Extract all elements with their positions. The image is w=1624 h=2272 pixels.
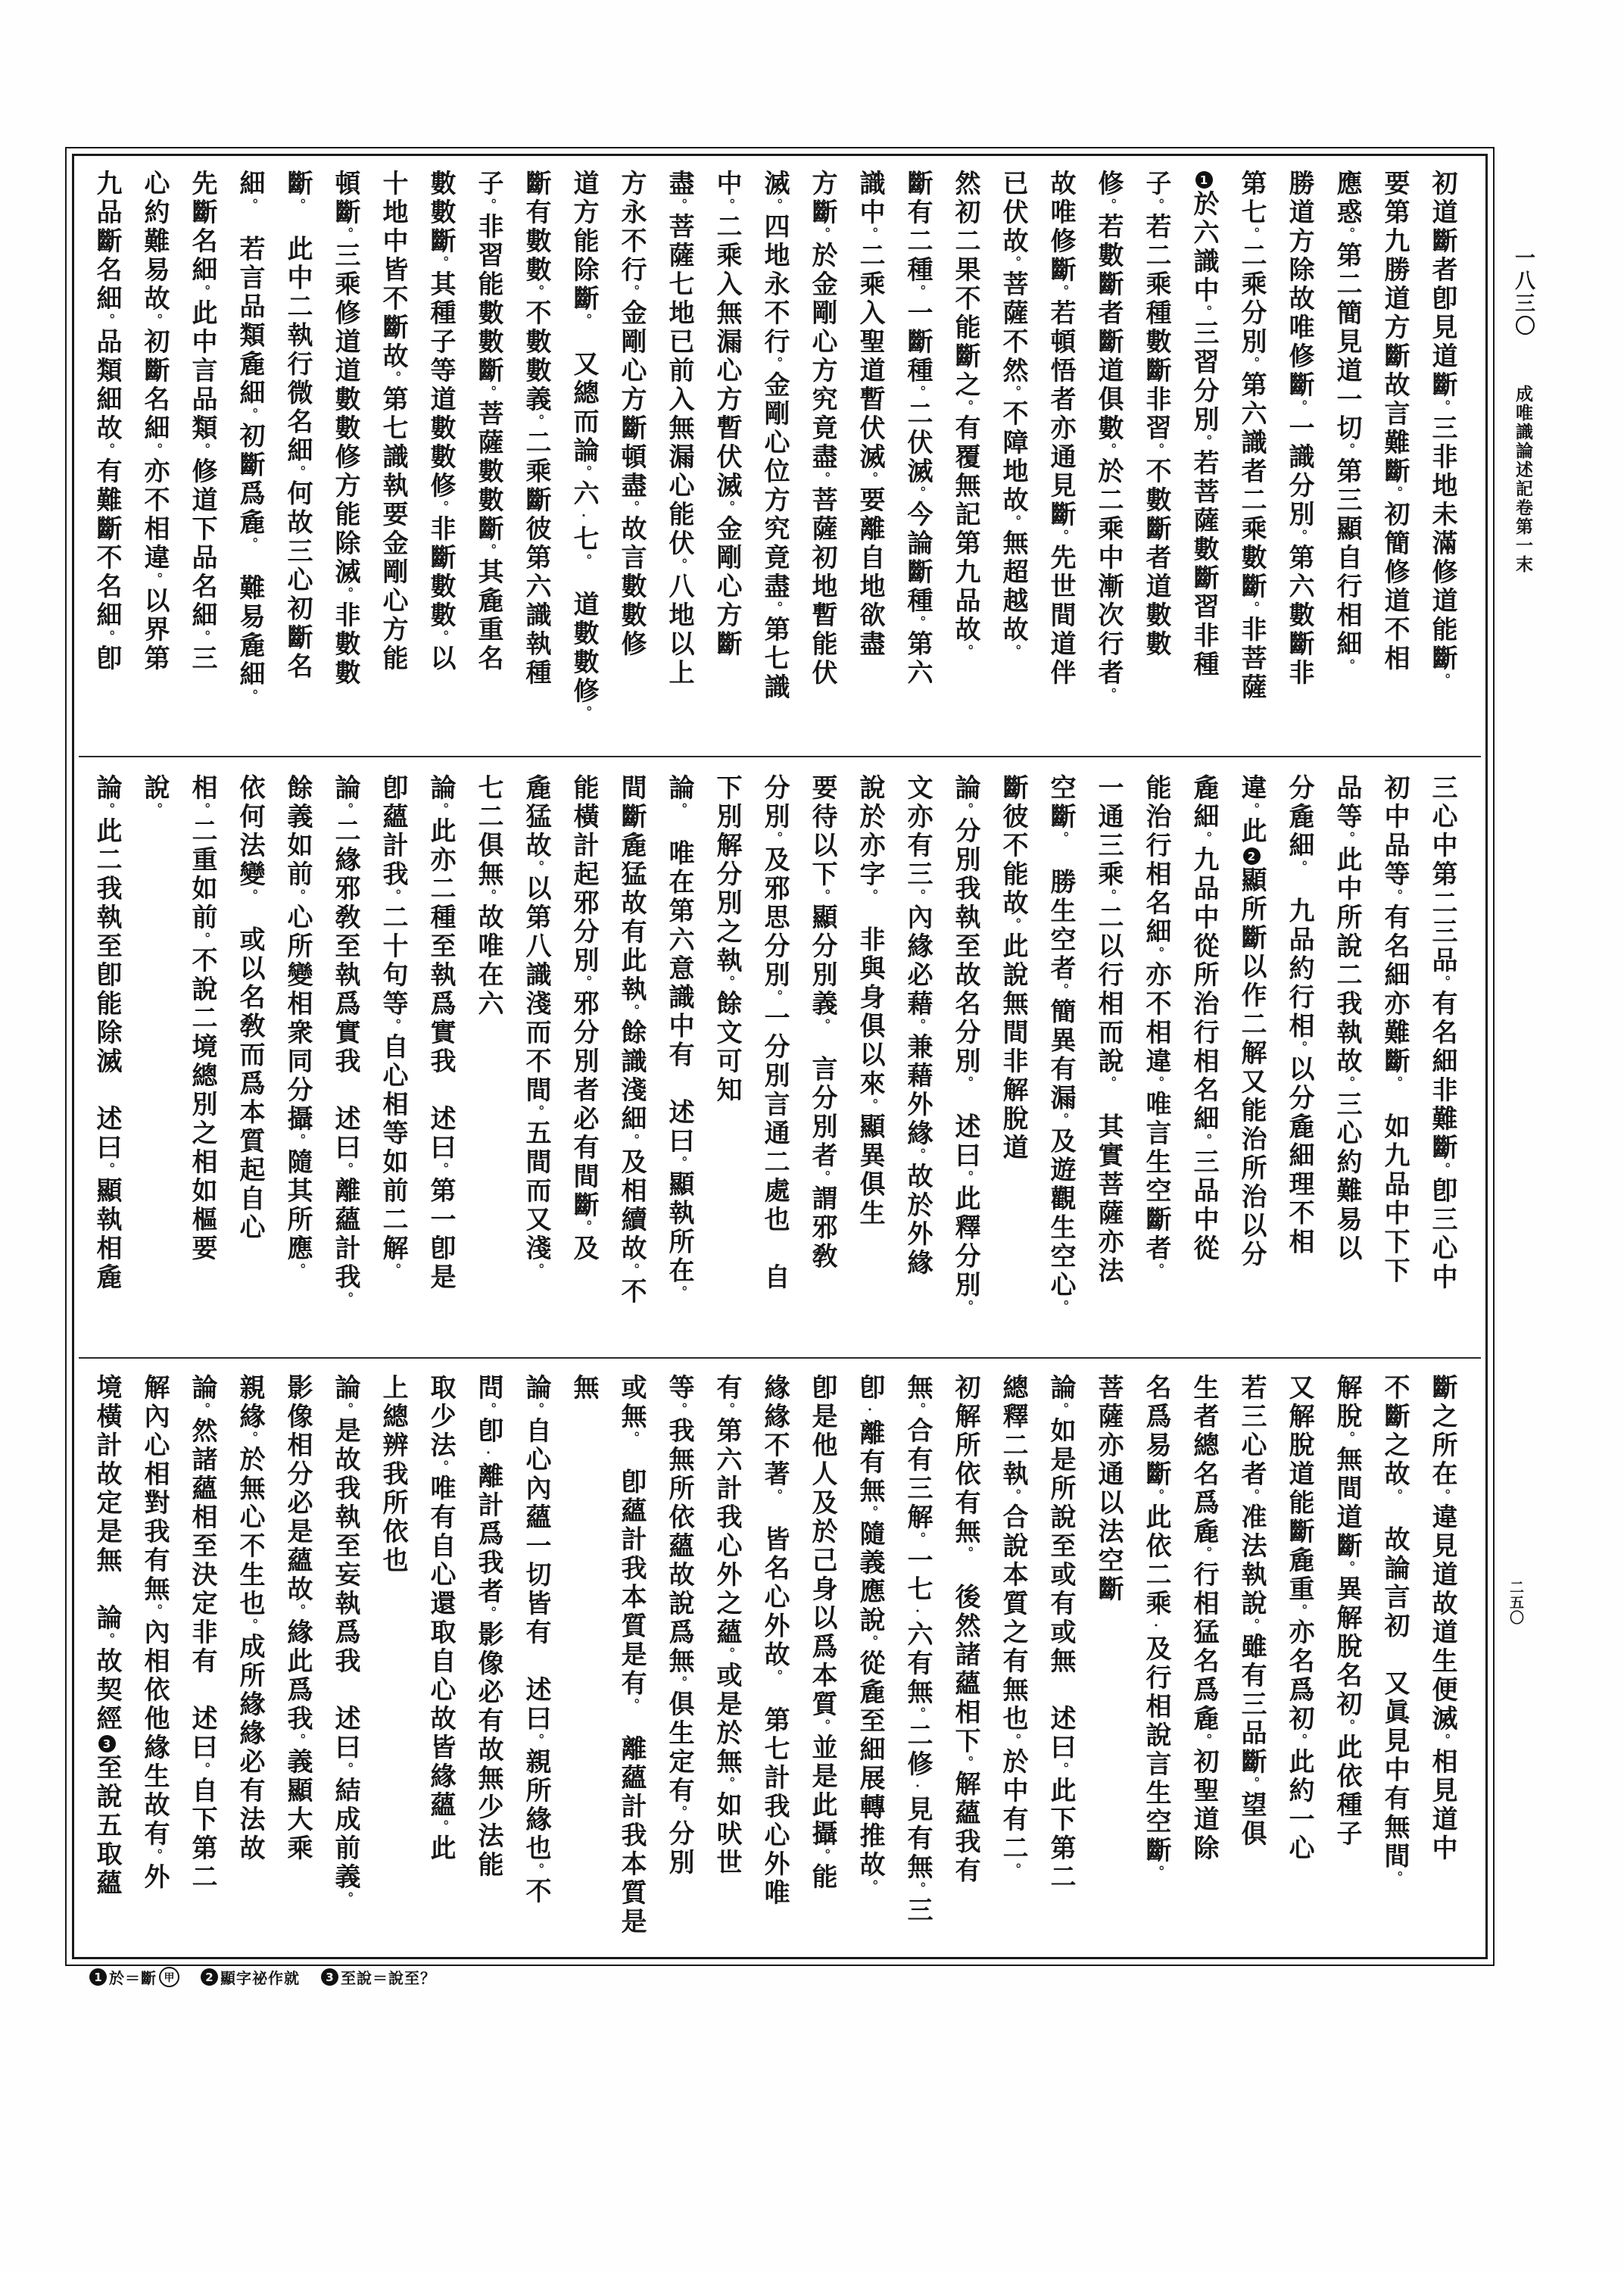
- punctuation: 。: [1053, 1300, 1068, 1315]
- punctuation: 。: [481, 385, 496, 400]
- punctuation: 。: [1244, 601, 1259, 616]
- footnote-3: 3 至說＝說至？: [321, 1966, 436, 1988]
- punctuation: 。: [862, 227, 877, 242]
- punctuation: 。: [815, 1019, 830, 1027]
- punctuation: 。: [528, 414, 544, 429]
- punctuation: 。: [767, 832, 782, 846]
- text-column: 能橫計起邪分別。邪分別者必有間斷。及: [564, 774, 612, 1350]
- punctuation: 。: [242, 538, 257, 546]
- punctuation: 。: [719, 1647, 734, 1662]
- punctuation: 。: [719, 198, 734, 213]
- punctuation: 。: [576, 314, 591, 322]
- text-column: 麁細。九品中從所治行相名細。三品中從: [1184, 774, 1232, 1350]
- punctuation: 。: [576, 554, 591, 563]
- punctuation: 。: [528, 1863, 544, 1877]
- punctuation: 。: [195, 932, 210, 947]
- punctuation: 。: [1196, 832, 1211, 846]
- punctuation: 。: [1005, 1863, 1021, 1877]
- punctuation: 。: [1435, 1489, 1450, 1503]
- punctuation: 。: [1149, 947, 1164, 961]
- punctuation: 。: [1339, 1431, 1354, 1446]
- punctuation: 。: [719, 501, 734, 515]
- punctuation: 。: [1101, 1076, 1116, 1085]
- punctuation: 。: [815, 472, 830, 486]
- text-column: 勝道方除故唯修斷。一識分別。第六數斷非: [1280, 170, 1327, 742]
- punctuation: 。: [672, 198, 687, 213]
- punctuation: 。: [910, 1707, 925, 1721]
- punctuation: 。: [147, 1849, 162, 1863]
- punctuation: 。: [195, 803, 210, 817]
- text-column: 解內心相對我有無。內相依他緣生故有。外: [135, 1374, 182, 1948]
- punctuation: 。: [862, 1506, 877, 1520]
- text-column: 卽是他人及於己身以爲本質。並是此攝。能: [803, 1374, 850, 1948]
- punctuation: 。: [528, 860, 544, 875]
- text-column: 十地中皆不斷故。第七識執要金剛心方能: [373, 170, 421, 742]
- punctuation: 。: [624, 1263, 639, 1278]
- punctuation: 。: [958, 400, 973, 414]
- punctuation: 。: [99, 1633, 114, 1647]
- punctuation: 。: [242, 1431, 257, 1446]
- punctuation: 。: [528, 1263, 544, 1278]
- text-column: 下別解分別之執。餘文可知: [707, 774, 755, 1350]
- text-column: 總釋二執。合說本質之有無也。於中有二。: [993, 1374, 1041, 1948]
- punctuation: 。: [1435, 975, 1450, 990]
- margin-running-head: 一八三〇成唯識論述記卷第一末: [1508, 247, 1538, 574]
- punctuation: 。: [576, 466, 591, 480]
- text-column: 卽·離有無。隨義應說。從麁至細展轉推故。: [850, 1374, 898, 1948]
- punctuation: 。: [195, 443, 210, 457]
- punctuation: 。: [767, 990, 782, 1004]
- text-column: 依何法變。 或以名敎而爲本質起自心: [230, 774, 278, 1350]
- punctuation: 。: [338, 1292, 353, 1306]
- footnote-1-sigla: 甲: [159, 1967, 179, 1987]
- punctuation: 。: [147, 443, 162, 457]
- text-column: 緣緣不著。 皆名心外故。 第七計我心外唯: [755, 1374, 803, 1948]
- punctuation: 。: [147, 1604, 162, 1618]
- punctuation: 。: [528, 285, 544, 299]
- punctuation: 。: [815, 1849, 830, 1863]
- punctuation: 。: [910, 616, 925, 630]
- punctuation: 。: [910, 1882, 925, 1896]
- punctuation: 。: [1339, 659, 1354, 673]
- punctuation: 。: [99, 630, 114, 644]
- punctuation: 。: [147, 314, 162, 328]
- punctuation: 。: [958, 644, 973, 659]
- punctuation: 。: [195, 285, 210, 299]
- text-column: 若三心者。准法執說。雖有三品斷。望俱: [1232, 1374, 1280, 1948]
- punctuation: 。: [338, 1163, 353, 1177]
- punctuation: 。: [815, 889, 830, 903]
- text-column: 能治行相名細。亦不相違。唯言生空斷者。: [1136, 774, 1184, 1350]
- text-column: 取少法。唯有自心還取自心故皆緣蘊。此: [421, 1374, 469, 1948]
- register-divider-2: [79, 1357, 1481, 1359]
- punctuation: 。: [338, 227, 353, 242]
- punctuation: 。: [1244, 803, 1259, 817]
- punctuation: 。: [958, 1171, 973, 1185]
- punctuation: 。: [1053, 285, 1068, 299]
- punctuation: 。: [1053, 1762, 1068, 1777]
- text-column: 文亦有三。內緣必藉。兼藉外緣。故於外緣: [898, 774, 946, 1350]
- text-column: 1於六識中。三習分別。若菩薩數斷習非種: [1184, 170, 1232, 742]
- punctuation: 。: [242, 1618, 257, 1633]
- punctuation: 。: [1196, 1134, 1211, 1148]
- text-column: 斷。 此中二執行微名細。何故三心初斷名: [278, 170, 326, 742]
- punctuation: 。: [1053, 984, 1068, 998]
- punctuation: 。: [1339, 832, 1354, 846]
- footnote-1-text: 於＝斷: [109, 1966, 157, 1988]
- collation-marker: 2: [1243, 847, 1261, 865]
- punctuation: 。: [862, 1880, 877, 1894]
- punctuation: 。: [1244, 227, 1259, 242]
- punctuation: 。: [1053, 832, 1068, 840]
- punctuation: 。: [385, 1263, 401, 1278]
- footnote-3-marker: 3: [321, 1968, 338, 1986]
- punctuation: 。: [1149, 198, 1164, 213]
- text-column: 初中品等。有名細亦難斷。 如九品中下下: [1375, 774, 1423, 1350]
- text-column: 境橫計故定是無 論。故契經3至說五取蘊: [87, 1374, 135, 1948]
- text-column: 論。此亦二種至執爲實我 述曰。第一卽是: [421, 774, 469, 1350]
- text-column: 斷有二種。一斷種。二伏滅。今論斷種。第六: [898, 170, 946, 742]
- punctuation: 。: [576, 1220, 591, 1234]
- text-column: 中。二乘入無漏心方暫伏滅。金剛心方斷: [707, 170, 755, 742]
- punctuation: 。: [1053, 529, 1068, 544]
- punctuation: 。: [958, 1076, 973, 1085]
- text-column: 親緣。於無心不生也。成所緣緣必有法故: [230, 1374, 278, 1948]
- text-column: 論。如是所說至或有或無 述曰。此下第二: [1041, 1374, 1089, 1948]
- punctuation: 。: [433, 256, 448, 270]
- punctuation: 。: [1101, 198, 1116, 213]
- footnote-2-marker: 2: [201, 1968, 218, 1986]
- text-column: 子。若二乘種數斷非習。不數斷者道數數: [1136, 170, 1184, 742]
- punctuation: 。: [1435, 400, 1450, 414]
- punctuation: 。: [862, 1099, 877, 1113]
- punctuation: 。: [862, 472, 877, 486]
- text-column: 名爲易斷。此依二乘·及行相說言生空斷。: [1136, 1374, 1184, 1948]
- text-column: 分別。及邪思分別。一分別言通二處也 自: [755, 774, 803, 1350]
- punctuation: 。: [290, 1734, 305, 1748]
- register-middle: 三心中第二三品。有名細非難斷。卽三心中初中品等。有名細亦難斷。 如九品中下下品等…: [83, 774, 1470, 1350]
- punctuation: 。: [385, 1019, 401, 1033]
- text-column: 論。 唯在第六意識中有 述曰。顯執所在。: [659, 774, 707, 1350]
- text-column: 品等。此中所說二我執故。三心約難易以: [1327, 774, 1375, 1350]
- punctuation: ·: [910, 1604, 925, 1621]
- punctuation: 。: [290, 466, 305, 480]
- footnote-3-text: 至說＝說至？: [341, 1966, 436, 1988]
- text-column: 七二俱無。故唯在六: [469, 774, 516, 1350]
- punctuation: 。: [481, 1403, 496, 1417]
- punctuation: 。: [290, 198, 305, 207]
- punctuation: 。: [1196, 305, 1211, 320]
- footnote-apparatus: 1 於＝斷 甲 2 顯字祕作就 3 至說＝說至？: [89, 1966, 436, 1988]
- register-top: 初道斷者卽見道斷。三非地未滿修道能斷。要第九勝道方斷故言難斷。初簡修道不相應惑。…: [83, 170, 1470, 742]
- text-column: 生者總名爲麁。行相猛名爲麁。初聖道除: [1184, 1374, 1232, 1948]
- punctuation: 。: [1149, 1076, 1164, 1091]
- punctuation: 。: [1005, 644, 1021, 659]
- text-column: 數數斷。其種子等道數數修。非斷數數。以: [421, 170, 469, 742]
- punctuation: 。: [290, 889, 305, 903]
- punctuation: 。: [767, 357, 782, 371]
- punctuation: 。: [195, 1762, 210, 1777]
- punctuation: 。: [433, 1820, 448, 1834]
- text-column: 斷有數數。不數數義。二乘斷彼第六識執種: [516, 170, 564, 742]
- punctuation: 。: [528, 1403, 544, 1417]
- running-title: 成唯識論述記卷第一末: [1513, 385, 1533, 574]
- text-column: 修。若數斷者斷道俱數。於二乘中漸次行者。: [1089, 170, 1136, 742]
- footnote-1: 1 於＝斷 甲: [89, 1966, 179, 1988]
- scanned-canon-page: { "margin": { "text_number": "一八三〇", "ru…: [0, 0, 1624, 2272]
- punctuation: 。: [1244, 1618, 1259, 1633]
- punctuation: 。: [1196, 435, 1211, 449]
- punctuation: 。: [910, 486, 925, 501]
- punctuation: 。: [433, 630, 448, 644]
- footnote-2-text: 顯字祕作就: [220, 1966, 300, 1988]
- punctuation: 。: [958, 803, 973, 817]
- punctuation: 。: [481, 889, 496, 903]
- text-column: 要待以下。顯分別義。 言分別者。謂邪敎: [803, 774, 850, 1350]
- punctuation: 。: [1435, 1163, 1450, 1177]
- punctuation: 。: [338, 587, 353, 601]
- punctuation: 。: [1292, 860, 1307, 869]
- text-frame: 初道斷者卽見道斷。三非地未滿修道能斷。要第九勝道方斷故言難斷。初簡修道不相應惑。…: [65, 147, 1495, 1966]
- punctuation: 。: [1387, 1871, 1402, 1886]
- text-column: 初解所依有無。 後然諸蘊相下。解蘊我有: [946, 1374, 993, 1948]
- text-column: 要第九勝道方斷故言難斷。初簡修道不相: [1375, 170, 1423, 742]
- punctuation: 。: [958, 1756, 973, 1771]
- text-column: 應惑。第二簡見道一切。第三顯自行相細。: [1327, 170, 1375, 742]
- punctuation: 。: [1053, 1403, 1068, 1417]
- punctuation: 。: [1101, 688, 1116, 702]
- punctuation: 。: [672, 558, 687, 573]
- punctuation: 。: [528, 1734, 544, 1748]
- punctuation: 。: [672, 1156, 687, 1171]
- punctuation: 。: [767, 198, 782, 213]
- text-column: 上總辨我所依也: [373, 1374, 421, 1948]
- punctuation: 。: [528, 1105, 544, 1119]
- punctuation: 。: [338, 803, 353, 817]
- punctuation: 。: [1387, 1489, 1402, 1497]
- text-column: 細。 若言品類麁細。初斷爲麁。 難易麁細。: [230, 170, 278, 742]
- punctuation: 。: [481, 1606, 496, 1621]
- punctuation: ·: [481, 1446, 496, 1462]
- punctuation: 。: [1339, 1561, 1354, 1575]
- text-column: 又解脫道能斷麁重。亦名爲初。此約一心: [1280, 1374, 1327, 1948]
- punctuation: 。: [1292, 1041, 1307, 1056]
- punctuation: 。: [1101, 443, 1116, 457]
- punctuation: 。: [290, 1134, 305, 1148]
- text-column: 論。自心內蘊一切皆有 述曰。親所緣也。不: [516, 1374, 564, 1948]
- punctuation: 。: [1005, 918, 1021, 932]
- punctuation: 。: [1435, 673, 1450, 688]
- punctuation: 。: [385, 889, 401, 903]
- collation-marker: 3: [98, 1735, 116, 1752]
- punctuation: 。: [1005, 385, 1021, 400]
- text-column: 菩薩亦通以法空斷: [1089, 1374, 1136, 1948]
- text-column: 一通三乘。二以行相而說。 其實菩薩亦法: [1089, 774, 1136, 1350]
- punctuation: ·: [576, 509, 591, 526]
- punctuation: 。: [910, 1532, 925, 1546]
- punctuation: 。: [433, 1460, 448, 1475]
- punctuation: 。: [1196, 1546, 1211, 1561]
- punctuation: 。: [1149, 443, 1164, 457]
- text-column: 無。合有三解。一七·六有無。二修·見有無。三: [898, 1374, 946, 1948]
- punctuation: 。: [1244, 357, 1259, 371]
- text-column: 間斷麁猛故有此執。餘識淺細。及相續故。不: [612, 774, 659, 1350]
- punctuation: 。: [958, 1546, 973, 1555]
- text-column: 餘義如前。心所變相衆同分攝。隨其所應。: [278, 774, 326, 1350]
- text-column: 論。分別我執至故名分別。 述曰。此釋分別。: [946, 774, 993, 1350]
- punctuation: 。: [910, 1403, 925, 1417]
- punctuation: 。: [910, 1019, 925, 1033]
- punctuation: 。: [99, 443, 114, 457]
- punctuation: 。: [910, 889, 925, 903]
- punctuation: 。: [481, 198, 496, 213]
- punctuation: 。: [1005, 1734, 1021, 1748]
- punctuation: 。: [1101, 889, 1116, 903]
- punctuation: 。: [958, 1300, 973, 1315]
- punctuation: 。: [1244, 1489, 1259, 1503]
- text-column: 或無。 卽蘊計我本質是有。 離蘊計我本質是: [612, 1374, 659, 1948]
- punctuation: 。: [385, 371, 401, 385]
- punctuation: 。: [1292, 1734, 1307, 1748]
- punctuation: 。: [624, 1004, 639, 1019]
- punctuation: 。: [1244, 1777, 1259, 1791]
- text-column: 斷彼不能故。此說無間非解脫道: [993, 774, 1041, 1350]
- punctuation: 。: [1339, 1076, 1354, 1091]
- text-column: 九品斷名細。品類細故。有難斷不名細。卽: [87, 170, 135, 742]
- punctuation: 。: [147, 803, 162, 817]
- punctuation: 。: [1387, 889, 1402, 903]
- punctuation: 。: [147, 573, 162, 587]
- text-column: 識中。二乘入聖道暫伏滅。要離自地欲盡: [850, 170, 898, 742]
- text-column: 影像相分必是蘊故。緣此爲我。義顯大乘: [278, 1374, 326, 1948]
- punctuation: 。: [672, 1286, 687, 1300]
- text-column: 道方能除斷。 又總而論。六·七。 道數數修。: [564, 170, 612, 742]
- text-column: 先斷名細。此中言品類。修道下品名細。三: [182, 170, 230, 742]
- text-column: 初道斷者卽見道斷。三非地未滿修道能斷。: [1423, 170, 1470, 742]
- punctuation: 。: [1005, 1489, 1021, 1503]
- punctuation: 。: [624, 1699, 639, 1707]
- punctuation: 。: [1005, 515, 1021, 529]
- text-column: 無: [564, 1374, 612, 1948]
- punctuation: 。: [242, 889, 257, 897]
- text-column: 方斷。於金剛心方究竟盡。菩薩初地暫能伏: [803, 170, 850, 742]
- punctuation: 。: [1149, 1865, 1164, 1880]
- text-column: 說於亦字。 非與身俱以來。顯異俱生: [850, 774, 898, 1350]
- text-column: 有。第六計我心外之蘊。或是於無。如吠世: [707, 1374, 755, 1948]
- punctuation: 。: [576, 975, 591, 990]
- punctuation: 。: [862, 1635, 877, 1649]
- punctuation: 。: [672, 803, 687, 811]
- punctuation: 。: [767, 601, 782, 616]
- punctuation: 。: [290, 1604, 305, 1618]
- text-column: 空斷。 勝生空者。簡異有漏。及遊觀生空心。: [1041, 774, 1089, 1350]
- register-bottom: 斷之所在。違見道故道生便滅。相見道中不斷之故。 故論言初 又眞見中有無間。解脫。…: [83, 1374, 1470, 1948]
- punctuation: 。: [1292, 1604, 1307, 1618]
- punctuation: 。: [1005, 256, 1021, 270]
- punctuation: ·: [862, 1403, 877, 1419]
- punctuation: 。: [719, 1777, 734, 1791]
- punctuation: 。: [815, 1171, 830, 1185]
- punctuation: 。: [242, 198, 257, 207]
- punctuation: 。: [1339, 443, 1354, 457]
- punctuation: 。: [576, 706, 591, 720]
- punctuation: 。: [1149, 1263, 1164, 1278]
- punctuation: 。: [290, 1263, 305, 1278]
- text-column: 相。二重如前。不說二境總別之相如樞要: [182, 774, 230, 1350]
- punctuation: 。: [672, 1676, 687, 1690]
- text-column: 然初二果不能斷之。有覆無記第九品故。: [946, 170, 993, 742]
- footnote-2: 2 顯字祕作就: [201, 1966, 300, 1988]
- punctuation: ·: [1149, 1618, 1164, 1635]
- punctuation: 。: [767, 1670, 782, 1678]
- text-column: 子。非習能數數斷。菩薩數數斷。其麁重名: [469, 170, 516, 742]
- punctuation: 。: [338, 1892, 353, 1906]
- footnote-1-marker: 1: [89, 1968, 107, 1986]
- punctuation: 。: [433, 1163, 448, 1177]
- text-number: 一八三〇: [1511, 247, 1535, 338]
- punctuation: 。: [862, 889, 877, 897]
- punctuation: 。: [338, 1403, 353, 1417]
- punctuation: ·: [910, 1779, 925, 1796]
- text-column: 問。卽·離計爲我者。影像必有故無少法能: [469, 1374, 516, 1948]
- text-column: 方永不行。金剛心方斷頓盡。故言數數修: [612, 170, 659, 742]
- text-column: 分麁細。 九品約行相。以分麁細理不相: [1280, 774, 1327, 1350]
- punctuation: 。: [1435, 1734, 1450, 1748]
- punctuation: 。: [672, 1805, 687, 1820]
- punctuation: 。: [719, 1403, 734, 1417]
- punctuation: 。: [815, 227, 830, 242]
- punctuation: 。: [1053, 1113, 1068, 1128]
- text-column: 斷之所在。違見道故道生便滅。相見道中: [1423, 1374, 1470, 1948]
- text-column: 等。我無所依蘊故說爲無。俱生定有。分別: [659, 1374, 707, 1948]
- text-column: 不斷之故。 故論言初 又眞見中有無間。: [1375, 1374, 1423, 1948]
- punctuation: 。: [624, 1431, 639, 1440]
- page-number: 二五〇: [1506, 1580, 1526, 1625]
- punctuation: 。: [624, 1134, 639, 1148]
- punctuation: 。: [242, 408, 257, 423]
- text-column: 滅。四地永不行。金剛心位方究竟盡。第七識: [755, 170, 803, 742]
- text-column: 論。二緣邪敎至執爲實我 述曰。離蘊計我。: [326, 774, 373, 1350]
- punctuation: 。: [195, 630, 210, 644]
- text-column: 卽蘊計我。二十句等。自心相等如前二解。: [373, 774, 421, 1350]
- punctuation: 。: [910, 285, 925, 299]
- punctuation: 。: [338, 1762, 353, 1777]
- punctuation: 。: [99, 803, 114, 817]
- punctuation: 。: [672, 1403, 687, 1417]
- text-column: 第七。二乘分別。第六識者二乘數斷。非菩薩: [1232, 170, 1280, 742]
- punctuation: 。: [910, 385, 925, 400]
- punctuation: 。: [815, 1719, 830, 1734]
- text-column: 心約難易故。初斷名細。亦不相違。以界第: [135, 170, 182, 742]
- text-column: 說。: [135, 774, 182, 1350]
- register-divider-1: [79, 756, 1481, 757]
- text-column: 麁猛故。以第八識淺而不間。五間而又淺。: [516, 774, 564, 1350]
- text-column: 三心中第二三品。有名細非難斷。卽三心中: [1423, 774, 1470, 1350]
- punctuation: 。: [1292, 529, 1307, 544]
- punctuation: 。: [1339, 227, 1354, 242]
- punctuation: 。: [1292, 400, 1307, 414]
- text-column: 論。然諸蘊相至決定非有 述曰。自下第二: [182, 1374, 230, 1948]
- punctuation: 。: [1149, 1489, 1164, 1503]
- punctuation: 。: [1387, 1076, 1402, 1085]
- punctuation: 。: [1387, 486, 1402, 501]
- text-column: 故唯修斷。若頓悟者亦通見斷。先世間道伴: [1041, 170, 1089, 742]
- punctuation: 。: [433, 803, 448, 817]
- text-column: 論。是故我執至妄執爲我 述曰。結成前義。: [326, 1374, 373, 1948]
- punctuation: 。: [195, 1403, 210, 1417]
- text-column: 違。此2顯所斷以作二解又能治所治以分: [1232, 774, 1280, 1350]
- punctuation: 。: [910, 1148, 925, 1163]
